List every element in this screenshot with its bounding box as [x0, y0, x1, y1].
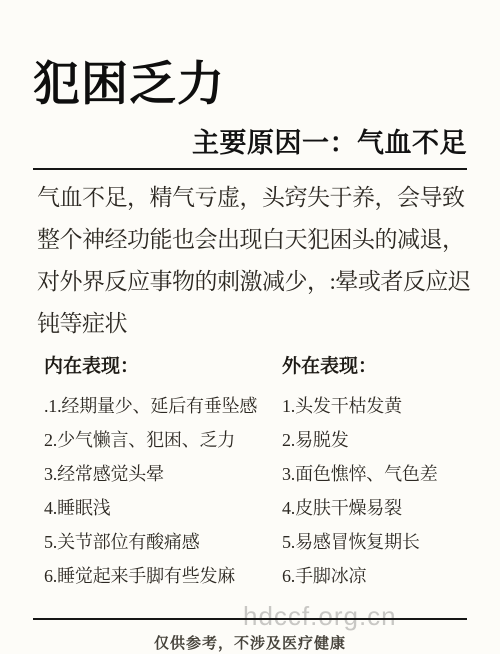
external-symptoms-header: 外在表现： — [282, 356, 482, 378]
page-title: 犯困乏力 — [33, 58, 225, 110]
paragraph-line: 整个神经功能也会出现白天犯困头的减退， — [37, 219, 470, 261]
page-subtitle: 主要原因一：气血不足 — [192, 121, 467, 160]
internal-symptoms-header: 内在表现： — [44, 356, 274, 378]
list-item: 4.皮肤干燥易裂 — [282, 491, 482, 525]
intro-paragraph: 气血不足，精气亏虚，头窍失于养，会导致 整个神经功能也会出现白天犯困头的减退， … — [37, 177, 470, 345]
watermark: hdccf.org.cn — [243, 601, 397, 632]
list-item: 2.易脱发 — [282, 423, 482, 457]
paragraph-line: 气血不足，精气亏虚，头窍失于养，会导致 — [37, 177, 470, 219]
list-item: 5.关节部位有酸痛感 — [44, 525, 274, 559]
paragraph-line: 对外界反应事物的刺激减少，:晕或者反应迟 — [37, 261, 470, 303]
list-item: 3.经常感觉头晕 — [44, 457, 274, 491]
paragraph-line: 钝等症状 — [37, 303, 470, 345]
internal-symptoms-column: 内在表现： .1.经期量少、延后有垂坠感 2.少气懒言、犯困、乏力 3.经常感觉… — [44, 356, 274, 593]
list-item: 3.面色憔悴、气色差 — [282, 457, 482, 491]
infographic-page: 犯困乏力 主要原因一：气血不足 气血不足，精气亏虚，头窍失于养，会导致 整个神经… — [0, 0, 500, 654]
list-item: 6.睡觉起来手脚有些发麻 — [44, 559, 274, 593]
list-item: 1.头发干枯发黄 — [282, 389, 482, 423]
external-symptoms-column: 外在表现： 1.头发干枯发黄 2.易脱发 3.面色憔悴、气色差 4.皮肤干燥易裂… — [282, 356, 482, 593]
top-divider — [33, 168, 467, 170]
disclaimer-text: 仅供参考，不涉及医疗健康 — [0, 632, 500, 653]
list-item: .1.经期量少、延后有垂坠感 — [44, 389, 274, 423]
bottom-divider — [33, 618, 467, 620]
list-item: 2.少气懒言、犯困、乏力 — [44, 423, 274, 457]
list-item: 5.易感冒恢复期长 — [282, 525, 482, 559]
list-item: 6.手脚冰凉 — [282, 559, 482, 593]
list-item: 4.睡眠浅 — [44, 491, 274, 525]
